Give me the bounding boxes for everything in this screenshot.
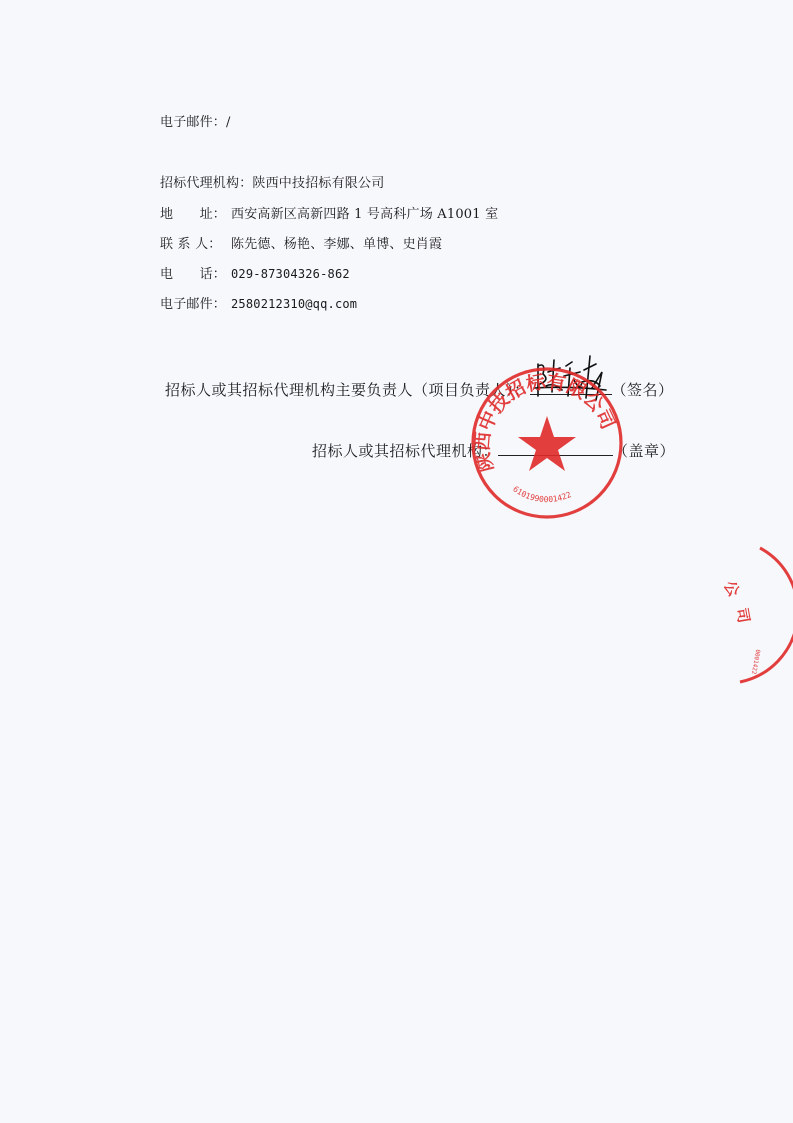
agency-contacts-label: 联 系 人： xyxy=(160,233,231,252)
agency-address-label: 地 址： xyxy=(160,203,231,222)
email-top-value: / xyxy=(226,115,231,130)
agency-phone-label: 电 话： xyxy=(160,263,231,282)
email-top-line: 电子邮件：/ xyxy=(160,111,231,130)
svg-text:公: 公 xyxy=(720,578,744,601)
agency-contacts-line: 联 系 人：陈先德、杨艳、李娜、单博、史肖霞 xyxy=(160,233,442,252)
signature-prefix: 招标人或其招标代理机构主要负责人（项目负责人）： xyxy=(165,381,530,399)
seal-suffix: （盖章） xyxy=(613,442,675,460)
signature-suffix: （签名） xyxy=(612,381,674,399)
agency-email-line: 电子邮件：2580212310@qq.com xyxy=(160,293,357,312)
agency-address: 西安高新区高新四路 1 号高科广场 A1001 室 xyxy=(231,203,498,222)
agency-contacts: 陈先德、杨艳、李娜、单博、史肖霞 xyxy=(231,233,442,252)
agency-email: 2580212310@qq.com xyxy=(231,297,357,311)
seal-row: 招标人或其招标代理机构：（盖章） xyxy=(312,440,675,461)
agency-address-line: 地 址：西安高新区高新四路 1 号高科广场 A1001 室 xyxy=(160,203,498,222)
email-top-label: 电子邮件： xyxy=(160,115,226,130)
agency-name-label: 招标代理机构： xyxy=(160,176,252,191)
seal-blank xyxy=(498,454,613,456)
svg-text:6101990001422: 6101990001422 xyxy=(511,484,573,504)
agency-email-label: 电子邮件： xyxy=(160,293,231,312)
svg-text:司: 司 xyxy=(733,606,753,624)
signature-blank xyxy=(530,393,612,395)
svg-text:0001422: 0001422 xyxy=(750,649,761,675)
seal-prefix: 招标人或其招标代理机构： xyxy=(312,442,498,460)
agency-phone: 029-87304326-862 xyxy=(231,267,350,281)
agency-name: 陕西中技招标有限公司 xyxy=(252,176,384,191)
signature-row: 招标人或其招标代理机构主要负责人（项目负责人）：（签名） xyxy=(165,379,674,400)
agency-name-line: 招标代理机构：陕西中技招标有限公司 xyxy=(160,172,384,191)
partial-seal-icon: 公 司 0001422 xyxy=(700,540,793,690)
agency-phone-line: 电 话：029-87304326-862 xyxy=(160,263,350,282)
